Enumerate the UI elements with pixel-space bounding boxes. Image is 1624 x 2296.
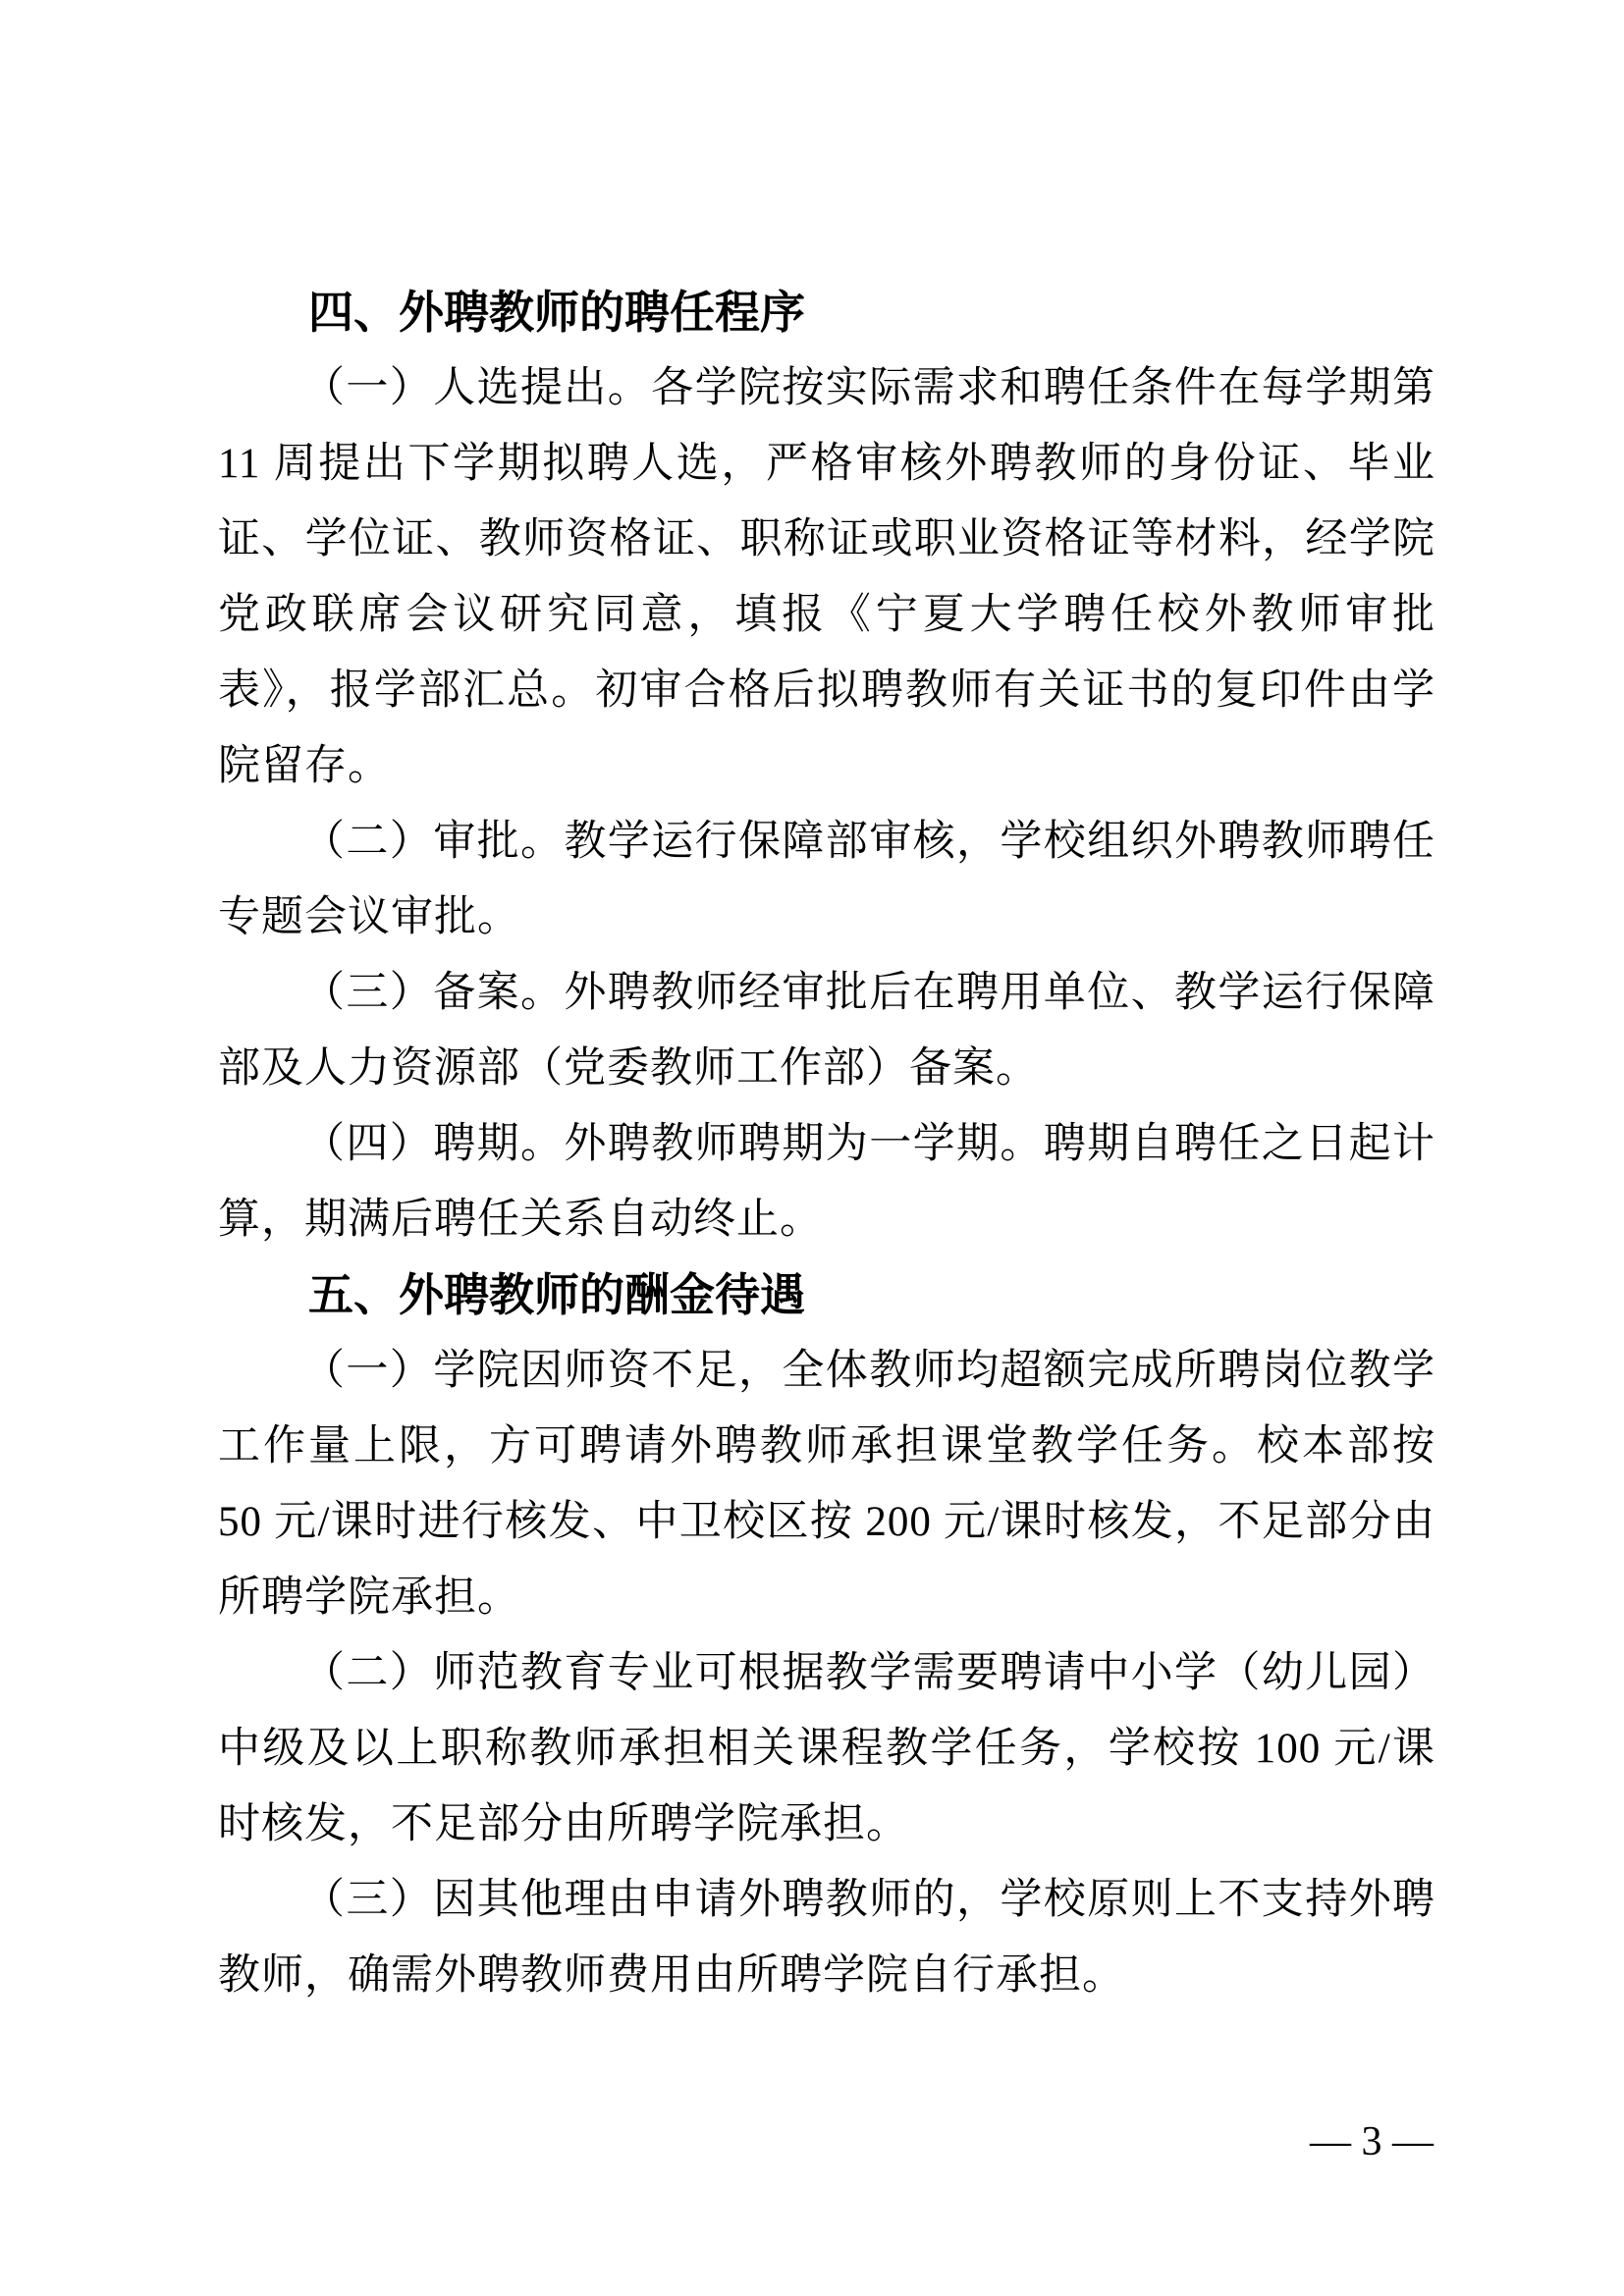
paragraph-approval: （二）审批。教学运行保障部审核，学校组织外聘教师聘任专题会议审批。: [218, 804, 1435, 955]
paragraph-normal-education: （二）师范教育专业可根据教学需要聘请中小学（幼儿园）中级及以上职称教师承担相关课…: [218, 1635, 1435, 1862]
page-footer: — 3 —: [1310, 2112, 1434, 2171]
document-page: 四、外聘教师的聘任程序 （一）人选提出。各学院按实际需求和聘任条件在每学期第 1…: [0, 0, 1624, 2296]
section-heading-employment-procedure: 四、外聘教师的聘任程序: [218, 275, 1435, 350]
paragraph-filing: （三）备案。外聘教师经审批后在聘用单位、教学运行保障部及人力资源部（党委教师工作…: [218, 955, 1435, 1106]
paragraph-candidate-proposal: （一）人选提出。各学院按实际需求和聘任条件在每学期第 11 周提出下学期拟聘人选…: [218, 350, 1435, 804]
document-content: 四、外聘教师的聘任程序 （一）人选提出。各学院按实际需求和聘任条件在每学期第 1…: [218, 275, 1435, 2013]
paragraph-pay-standard: （一）学院因师资不足，全体教师均超额完成所聘岗位教学工作量上限，方可聘请外聘教师…: [218, 1333, 1435, 1635]
page-number: — 3 —: [1310, 2119, 1434, 2164]
paragraph-other-reasons: （三）因其他理由申请外聘教师的，学校原则上不支持外聘教师，确需外聘教师费用由所聘…: [218, 1862, 1435, 2013]
section-heading-remuneration: 五、外聘教师的酬金待遇: [218, 1257, 1435, 1333]
paragraph-employment-term: （四）聘期。外聘教师聘期为一学期。聘期自聘任之日起计算，期满后聘任关系自动终止。: [218, 1106, 1435, 1257]
